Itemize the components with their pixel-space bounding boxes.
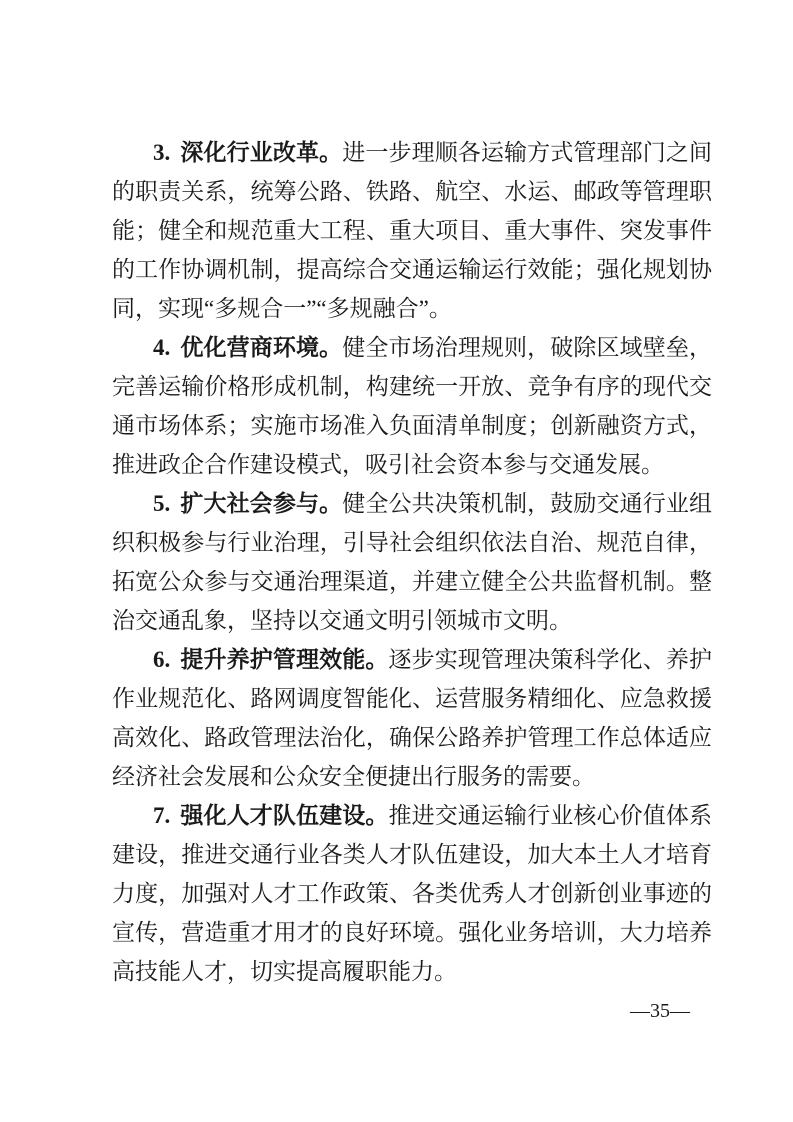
paragraph-4-heading: 优化营商环境。 — [180, 335, 342, 360]
paragraph-7-body: 推进交通运输行业核心价值体系建设，推进交通行业各类人才队伍建设，加大本土人才培育… — [112, 803, 712, 984]
document-page: 3.深化行业改革。进一步理顺各运输方式管理部门之间的职责关系，统筹公路、铁路、航… — [0, 0, 793, 1122]
paragraph-3-body: 进一步理顺各运输方式管理部门之间的职责关系，统筹公路、铁路、航空、水运、邮政等管… — [112, 140, 712, 321]
paragraph-4: 4.优化营商环境。健全市场治理规则，破除区域壁垒，完善运输价格形成机制，构建统一… — [112, 328, 712, 484]
paragraph-7: 7.强化人才队伍建设。推进交通运输行业核心价值体系建设，推进交通行业各类人才队伍… — [112, 796, 712, 991]
page-number: —35— — [630, 1000, 690, 1022]
paragraph-5: 5.扩大社会参与。健全公共决策机制，鼓励交通行业组织积极参与行业治理，引导社会组… — [112, 484, 712, 640]
paragraph-7-number: 7. — [153, 803, 170, 828]
paragraph-5-heading: 扩大社会参与。 — [180, 491, 342, 516]
document-body: 3.深化行业改革。进一步理顺各运输方式管理部门之间的职责关系，统筹公路、铁路、航… — [112, 133, 712, 991]
paragraph-6-heading: 提升养护管理效能。 — [180, 647, 388, 672]
paragraph-4-number: 4. — [153, 335, 170, 360]
paragraph-3-heading: 深化行业改革。 — [180, 140, 342, 165]
paragraph-3-number: 3. — [153, 140, 170, 165]
paragraph-3: 3.深化行业改革。进一步理顺各运输方式管理部门之间的职责关系，统筹公路、铁路、航… — [112, 133, 712, 328]
paragraph-5-number: 5. — [153, 491, 170, 516]
paragraph-7-heading: 强化人才队伍建设。 — [180, 803, 388, 828]
paragraph-6: 6.提升养护管理效能。逐步实现管理决策科学化、养护作业规范化、路网调度智能化、运… — [112, 640, 712, 796]
paragraph-6-number: 6. — [153, 647, 170, 672]
